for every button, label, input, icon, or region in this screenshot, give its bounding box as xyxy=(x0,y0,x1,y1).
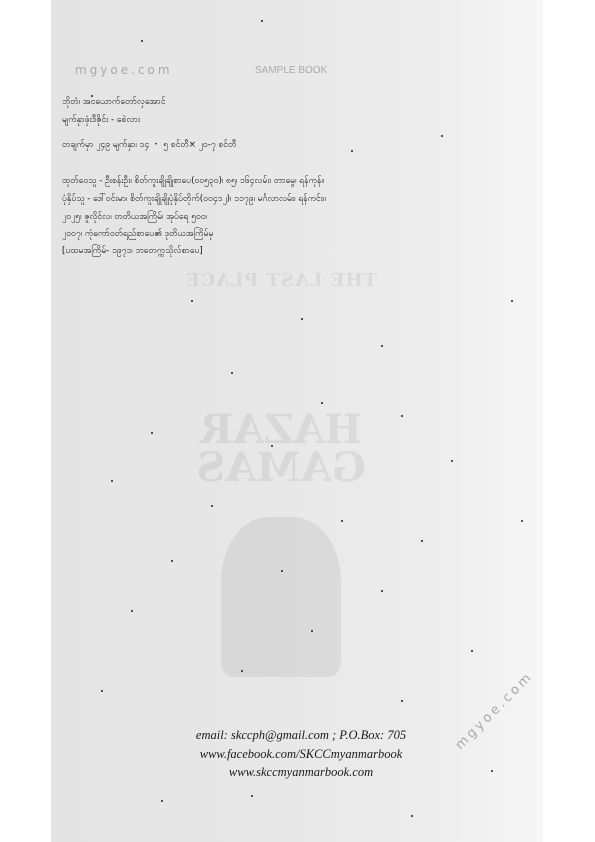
bleed-through-cover: THE LAST PLACE HAZAR GAMAS xyxy=(141,270,421,690)
colophon-cover-design-line: မျက်နှာဖုံးဒီဇိုင်း - စေဲလား xyxy=(62,115,140,127)
first-edition-line: [ပထမအကြိမ်- ၁၉၇၁၊ ဘတေက္ကသိုလ်စာပေ] xyxy=(62,246,203,258)
watermark-diagonal: mgyoe.com xyxy=(453,669,537,753)
contact-email: email: skccph@gmail.com ; P.O.Box: 705 xyxy=(151,728,451,743)
contact-website: www.skccmyanmarbook.com xyxy=(151,765,451,780)
ghost-subtitle: HAZAR GAMAS xyxy=(141,411,421,487)
edition-line: ၂၀၂၅၊ ဇူလိုင်လ၊ တတိယအကြိမ်၊ အုပ်ရေ ၅၀၀၊ xyxy=(62,212,207,224)
prior-edition-line: ၂၀၀၇၊ ကုံကော်ဝတ်ရည်စာပေ၏ ဒုတိယအကြိမ်မှ xyxy=(62,229,213,241)
colophon-title-line: ဘိုတံ၊ အငယောက်တော်လှအောင် xyxy=(62,97,165,109)
contact-facebook: www.facebook.com/SKCCmyanmarbook xyxy=(151,747,451,762)
ghost-figure xyxy=(221,517,341,677)
scanned-page: THE LAST PLACE HAZAR GAMAS mgyoe.com SAM… xyxy=(51,0,543,842)
watermark-mgyoe: mgyoe.com xyxy=(75,63,173,77)
watermark-sample-book: SAMPLE BOOK xyxy=(255,65,327,76)
printer-line: ပုံနှိပ်သူ - ဒေါ်ဝင်းမာ၊ စိတ်ကူးချိုချို… xyxy=(62,194,326,206)
publisher-line: ထုတ်ဝေသူ - ဦးစန်းဦး၊ စိတ်ကူးချိုချိုစာပေ… xyxy=(62,176,324,188)
ghost-title: THE LAST PLACE xyxy=(141,270,421,291)
colophon-format-line: တချက်မှာ ၂၄၉ မျက်နှာ၊ ၁၄ ・ ၅ စင်တီ× ၂၀-၇… xyxy=(62,138,236,152)
